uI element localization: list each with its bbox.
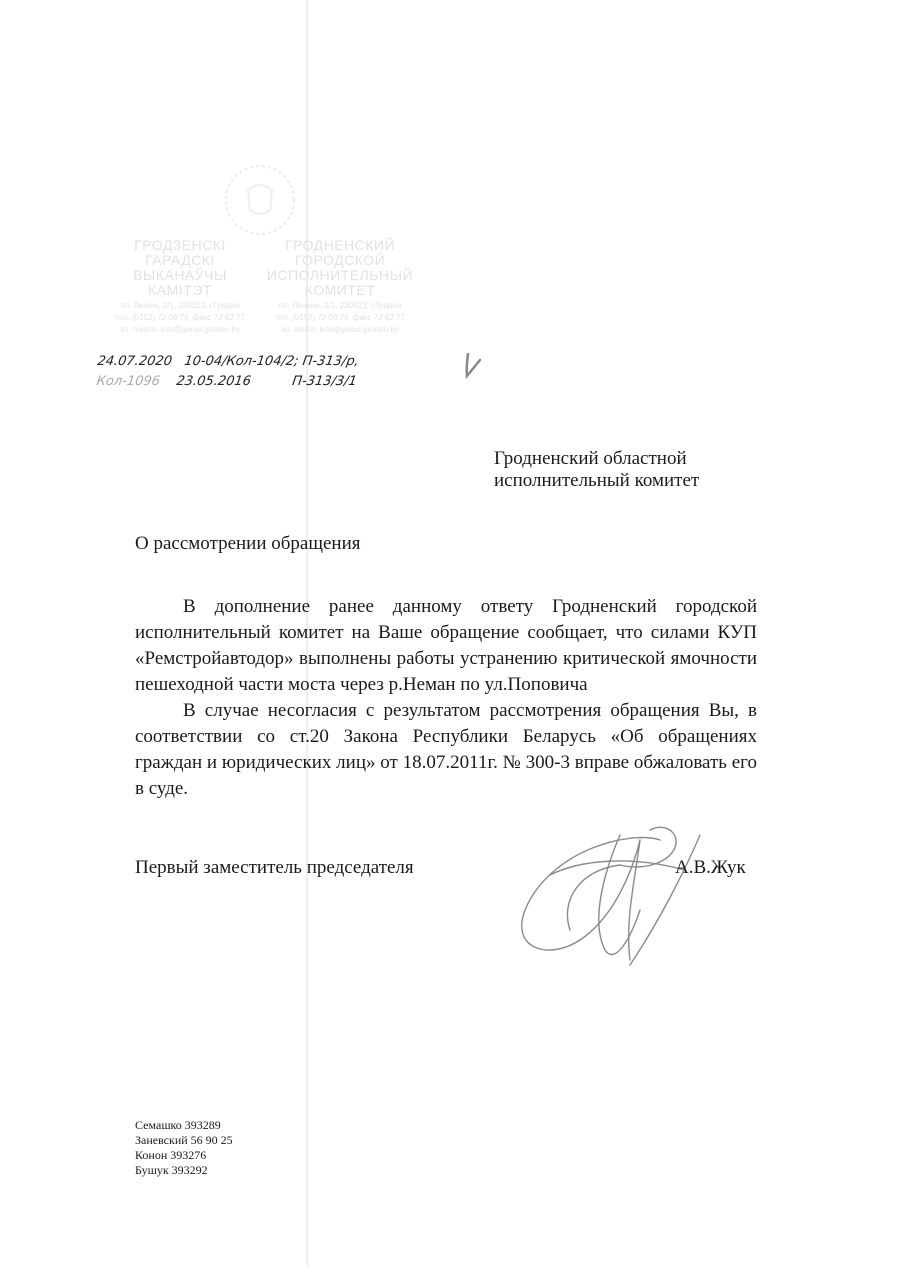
incoming-date: 23.05.2016: [175, 374, 252, 389]
registration-ref1: П-313/р,: [302, 354, 360, 369]
letterhead-belarusian: Гродзенскі гарадскі выканаўчы камітэт пл…: [100, 238, 260, 336]
registration-ref2: П-313/3/1: [291, 374, 358, 389]
letter-body: В дополнение ранее данному ответу Гродне…: [135, 594, 757, 802]
handwritten-signature: [510, 820, 740, 970]
letterhead-address-ru: пл. Ленина, 2/1, 230023, г.Гродно тел. (…: [260, 300, 420, 336]
letterhead-title-ru: Гродненский городской исполнительный ком…: [260, 238, 420, 298]
contact-item: Семашко 393289: [135, 1118, 233, 1133]
signatory-name: А.В.Жук: [675, 857, 746, 879]
contact-item: Заневский 56 90 25: [135, 1133, 233, 1148]
letterhead-russian: Гродненский городской исполнительный ком…: [260, 238, 420, 336]
registration-date: 24.07.2020: [96, 354, 173, 369]
letterhead-address-be: пл. Леніна, 2/1, 230023, г.Гродна тэл. (…: [100, 300, 260, 336]
body-paragraph: В дополнение ранее данному ответу Гродне…: [135, 594, 757, 698]
registration-stamp: 24.07.2020 10-04/Кол-104/2; П-313/р, Кол…: [93, 352, 429, 392]
check-mark-icon: [458, 348, 488, 380]
signatory-position: Первый заместитель председателя: [135, 857, 414, 879]
contact-item: Конон 393276: [135, 1148, 233, 1163]
addressee-line1: Гродненский областной: [494, 448, 699, 470]
incoming-number: Кол-1096: [96, 374, 161, 389]
letter-subject: О рассмотрении обращения: [135, 533, 361, 555]
registration-number: 10-04/Кол-104/2;: [183, 354, 299, 369]
addressee: Гродненский областной исполнительный ком…: [494, 448, 699, 492]
body-paragraph: В случае несогласия с результатом рассмо…: [135, 698, 757, 802]
letterhead-title-be: Гродзенскі гарадскі выканаўчы камітэт: [100, 238, 260, 298]
contact-item: Бушук 393292: [135, 1163, 233, 1178]
addressee-line2: исполнительный комитет: [494, 470, 699, 492]
coat-of-arms-icon: [220, 160, 300, 240]
contacts-list: Семашко 393289 Заневский 56 90 25 Конон …: [135, 1118, 233, 1178]
letterhead: Гродзенскі гарадскі выканаўчы камітэт пл…: [100, 160, 430, 360]
